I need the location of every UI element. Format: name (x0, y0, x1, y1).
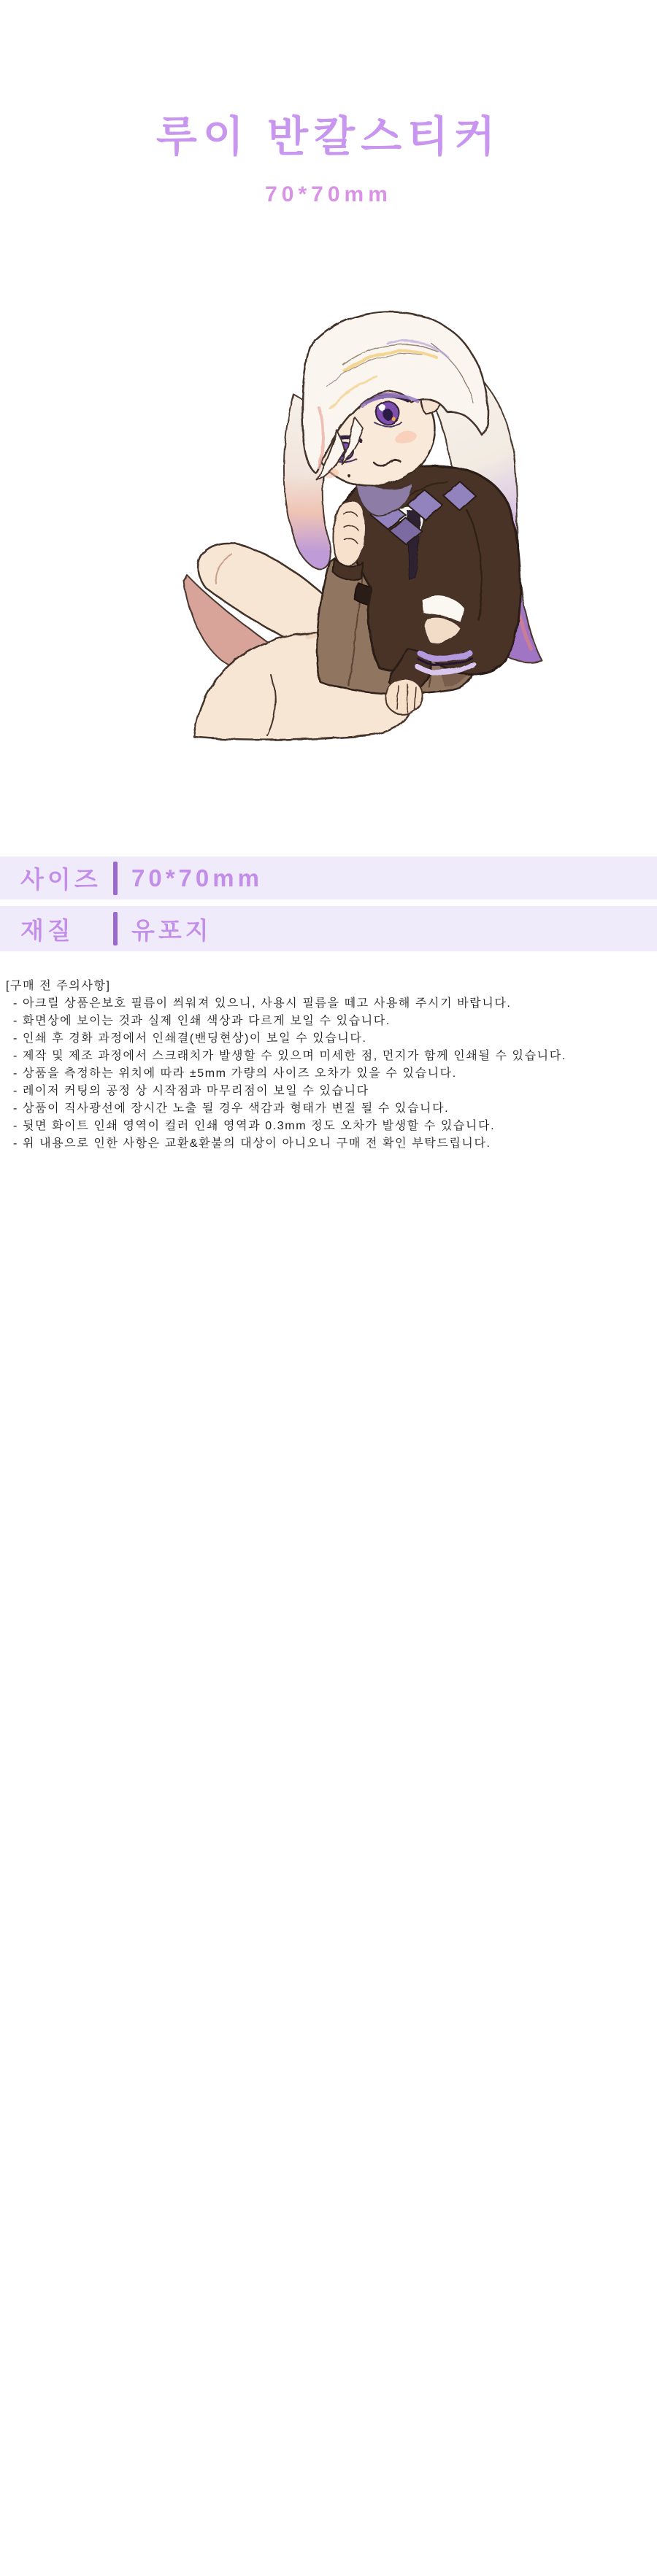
spec-divider-bar (113, 912, 118, 945)
purchase-notice: [구매 전 주의사항] - 아크릴 상품은보호 필름이 씌워져 있으니, 사용시… (6, 978, 651, 1153)
spec-label-size: 사이즈 (0, 861, 113, 895)
notice-item: - 레이저 커팅의 공정 상 시작점과 마무리점이 보일 수 있습니다 (6, 1083, 651, 1100)
notice-item: - 뒷면 화이트 인쇄 영역이 컬러 인쇄 영역과 0.3mm 정도 오차가 발… (6, 1118, 651, 1135)
notice-heading: [구매 전 주의사항] (6, 978, 651, 995)
notice-item: - 상품을 측정하는 위치에 따라 ±5mm 가량의 사이즈 오차가 있을 수 … (6, 1065, 651, 1083)
page-title: 루이 반칼스티커 (0, 102, 657, 163)
spec-row-material: 재질 유포지 (0, 906, 657, 951)
notice-item: - 제작 및 제조 과정에서 스크래치가 발생할 수 있으며 미세한 점, 먼지… (6, 1048, 651, 1065)
notice-item: - 화면상에 보이는 것과 실제 인쇄 색상과 다르게 보일 수 있습니다. (6, 1013, 651, 1030)
hand-raised (333, 500, 365, 565)
notice-item: - 아크릴 상품은보호 필름이 씌워져 있으니, 사용시 필름을 떼고 사용해 … (6, 995, 651, 1013)
hand-bottom (385, 678, 423, 713)
page-subtitle-size: 70*70mm (0, 182, 657, 207)
spec-value-size: 70*70mm (131, 865, 263, 892)
spec-row-size: 사이즈 70*70mm (0, 856, 657, 900)
character-illustration (182, 306, 547, 751)
notice-item: - 위 내용으로 인한 사항은 교환&환불의 대상이 아니오니 구매 전 확인 … (6, 1135, 651, 1153)
spec-value-material: 유포지 (131, 912, 212, 946)
product-detail-page: { "theme": { "title_color": "#c895ef", "… (0, 0, 657, 2576)
spec-label-material: 재질 (0, 912, 113, 946)
notice-item: - 상품이 직사광선에 장시간 노출 될 경우 색감과 형태가 변질 될 수 있… (6, 1100, 651, 1118)
notice-item: - 인쇄 후 경화 과정에서 인쇄결(밴딩현상)이 보일 수 있습니다. (6, 1030, 651, 1048)
spec-divider-bar (113, 862, 118, 895)
